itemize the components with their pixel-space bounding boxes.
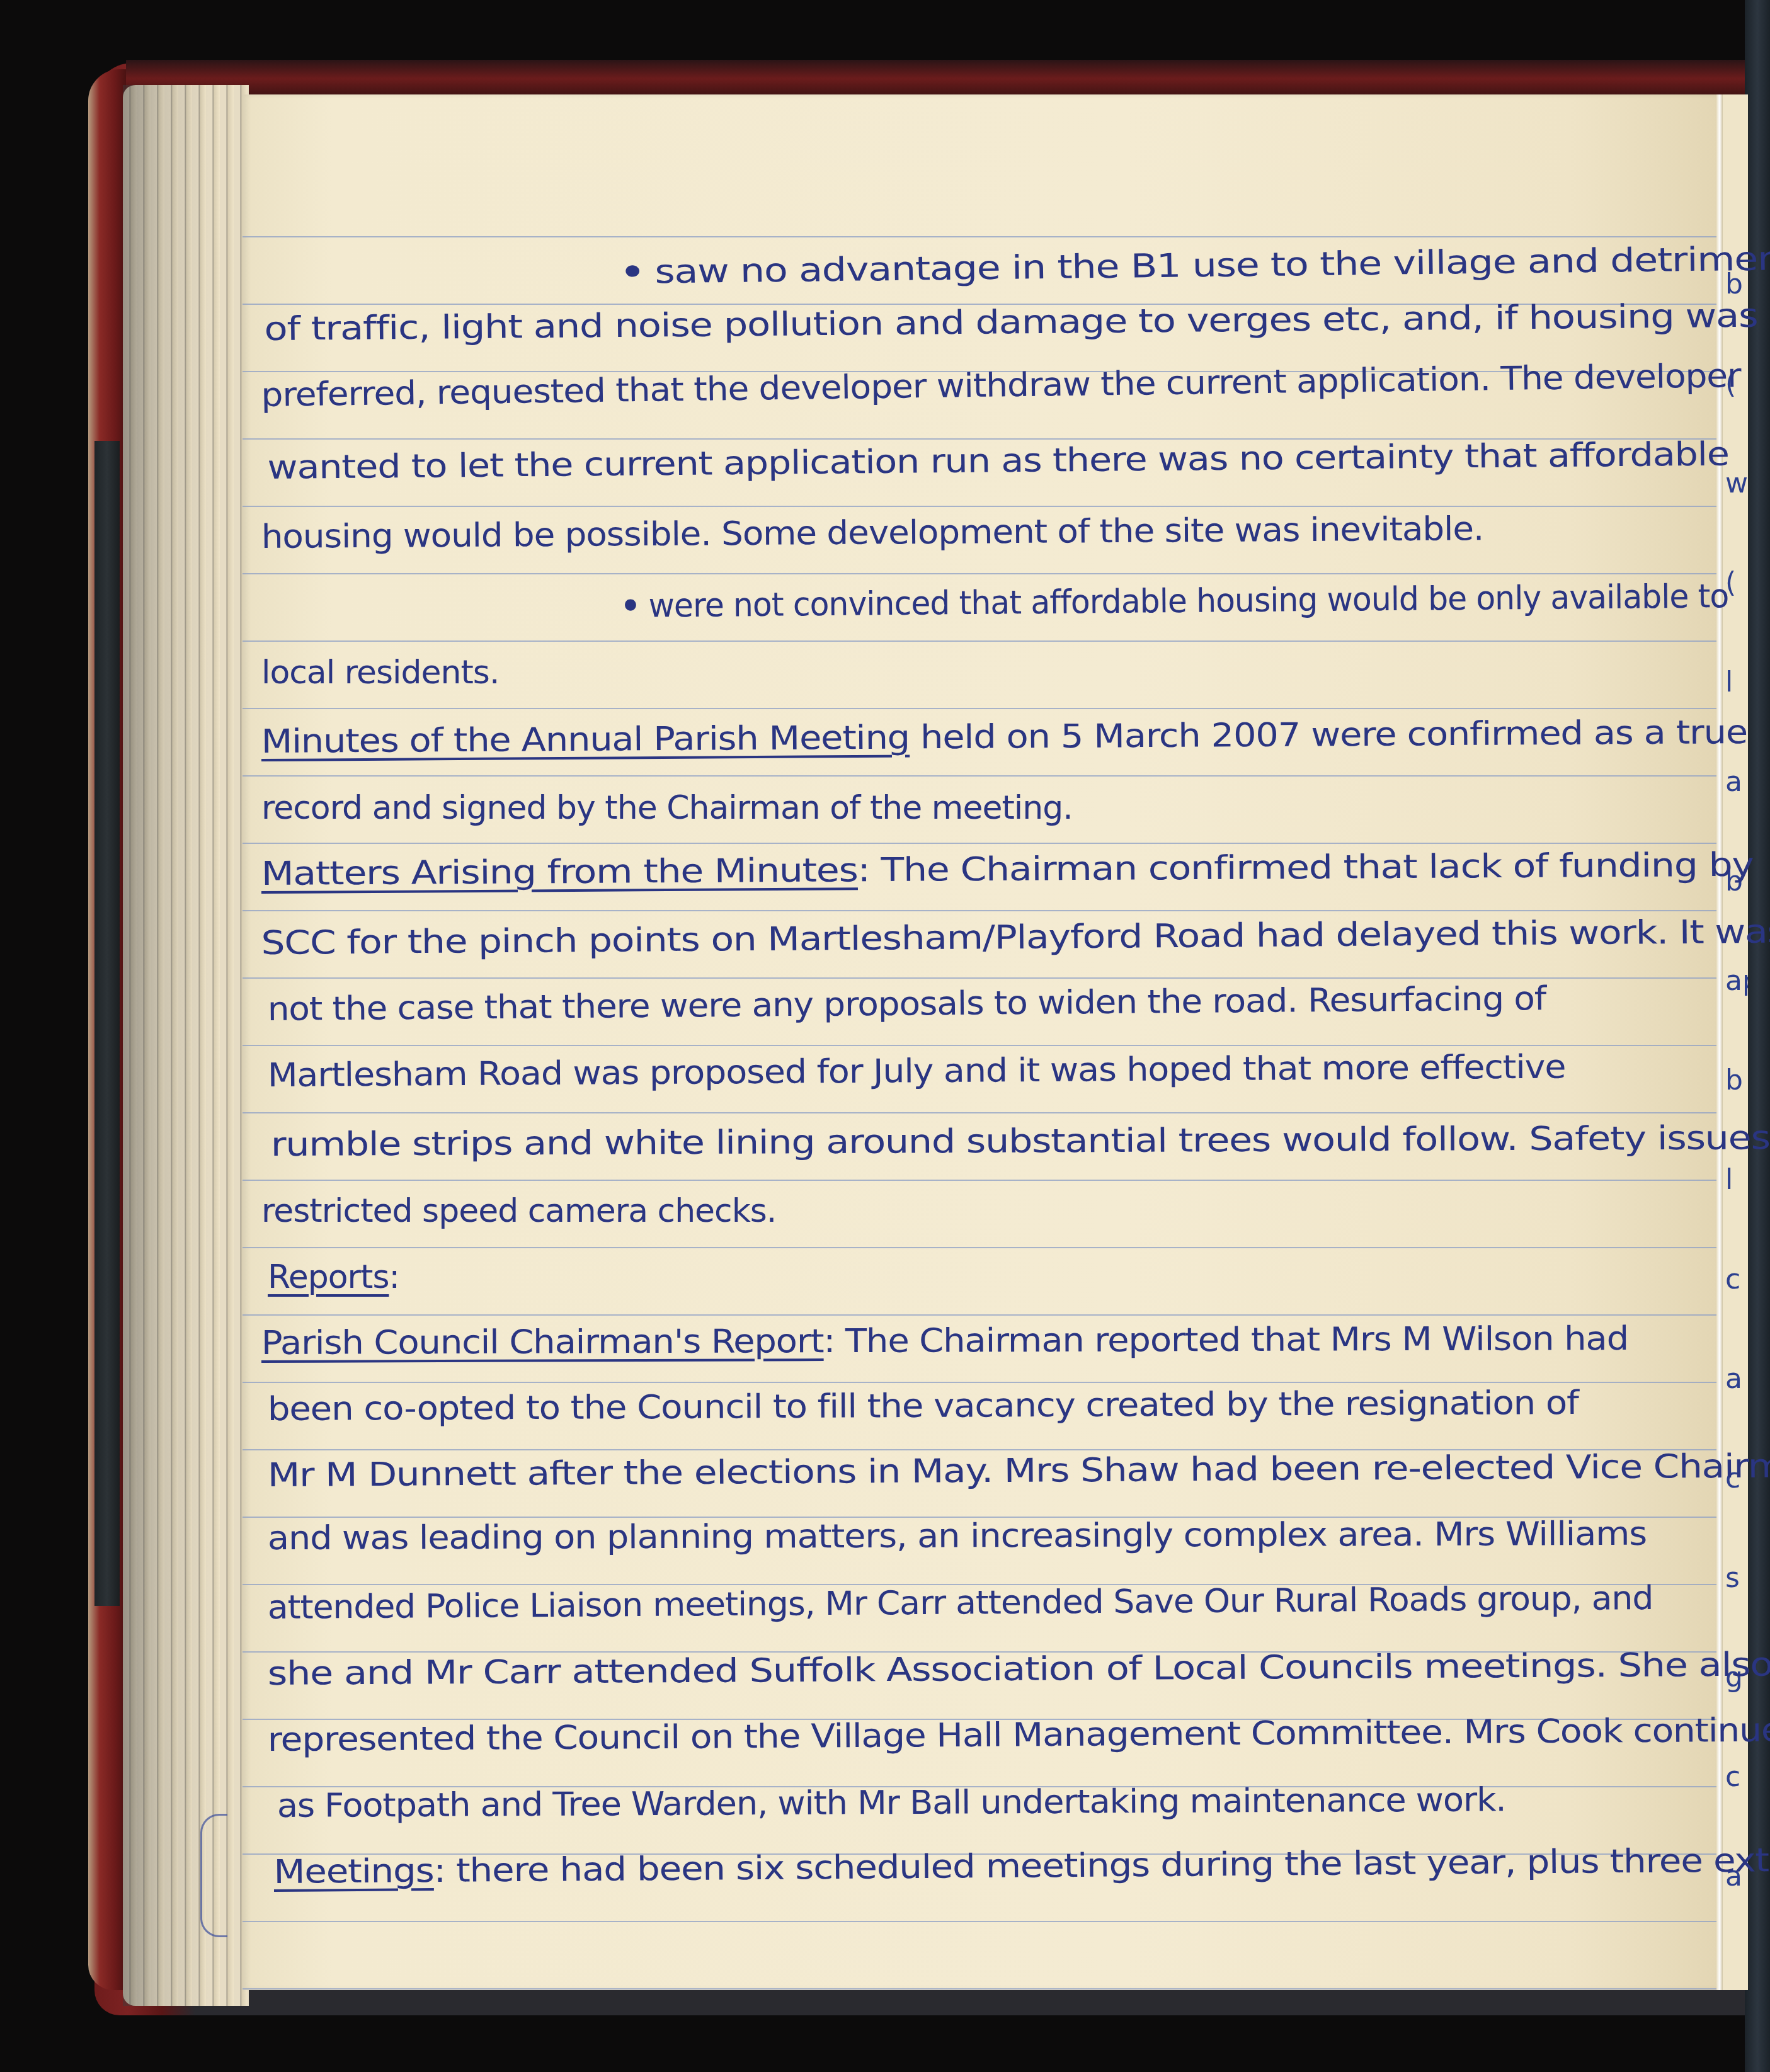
handwritten-line: local residents. xyxy=(261,654,499,692)
line-text: local residents. xyxy=(261,654,499,692)
facing-page-fragment: a xyxy=(1725,1365,1742,1393)
handwritten-line: rumble strips and white lining around su… xyxy=(271,1119,1770,1164)
ruled-line xyxy=(243,1180,1716,1181)
facing-page-fragment: ap xyxy=(1725,967,1748,995)
handwritten-line: housing would be possible. Some developm… xyxy=(261,510,1484,556)
underlined-heading: Minutes of the Annual Parish Meeting xyxy=(261,719,910,761)
facing-page-fragment: l xyxy=(1725,1166,1733,1194)
book-cover-top-edge xyxy=(126,60,1770,98)
handwritten-line: record and signed by the Chairman of the… xyxy=(261,789,1073,827)
facing-page-fragment: c xyxy=(1725,1763,1740,1791)
ruled-line xyxy=(243,1382,1716,1383)
ruled-line xyxy=(243,573,1716,574)
handwritten-line: been co-opted to the Council to fill the… xyxy=(268,1384,1579,1428)
underlined-heading: Meetings xyxy=(273,1852,433,1891)
underlined-heading: Parish Council Chairman's Report xyxy=(261,1323,824,1362)
page-stack-edges xyxy=(123,85,249,2006)
bullet-point: • xyxy=(620,588,640,625)
facing-page-fragment: b xyxy=(1725,1067,1743,1095)
line-text: : xyxy=(389,1258,399,1296)
ruled-line xyxy=(243,506,1716,507)
ruled-line xyxy=(243,910,1716,911)
line-text: and was leading on planning matters, an … xyxy=(268,1515,1647,1557)
line-text: record and signed by the Chairman of the… xyxy=(261,789,1073,827)
facing-page-fragment: l xyxy=(1725,669,1733,697)
underlined-heading: Matters Arising from the Minutes xyxy=(261,851,858,893)
ruled-line xyxy=(243,640,1716,642)
ruled-line xyxy=(243,1921,1716,1922)
line-text: held on 5 March 2007 were confirmed as a… xyxy=(910,714,1747,756)
line-text: : The Chairman confirmed that lack of fu… xyxy=(857,846,1753,890)
handwritten-line: Parish Council Chairman's Report: The Ch… xyxy=(261,1320,1628,1362)
line-text: been co-opted to the Council to fill the… xyxy=(268,1384,1579,1428)
ruled-line xyxy=(243,1314,1716,1316)
line-text: as Footpath and Tree Warden, with Mr Bal… xyxy=(277,1781,1506,1825)
ruled-line xyxy=(243,977,1716,979)
line-text: housing would be possible. Some developm… xyxy=(261,510,1484,556)
ruled-line xyxy=(243,1045,1716,1046)
handwritten-line: as Footpath and Tree Warden, with Mr Bal… xyxy=(277,1781,1506,1825)
margin-bracket-mark xyxy=(200,1814,227,1937)
facing-page-fragment: s xyxy=(1725,1564,1740,1592)
ruled-line xyxy=(243,1247,1716,1248)
ruled-line xyxy=(243,775,1716,777)
ruled-line xyxy=(243,708,1716,709)
handwritten-line: Reports: xyxy=(268,1258,399,1296)
handwritten-line: and was leading on planning matters, an … xyxy=(268,1515,1647,1557)
line-text: rumble strips and white lining around su… xyxy=(271,1119,1770,1164)
bullet-point: • xyxy=(620,254,644,292)
ruled-line xyxy=(243,843,1716,844)
line-text: : The Chairman reported that Mrs M Wilso… xyxy=(823,1320,1628,1360)
ruled-line xyxy=(243,1112,1716,1113)
handwritten-line: restricted speed camera checks. xyxy=(261,1192,776,1230)
facing-page-fragment: a xyxy=(1725,768,1742,796)
book-cover-cloth-band xyxy=(94,441,120,1606)
underlined-heading: Reports xyxy=(268,1258,389,1296)
ruled-line xyxy=(243,236,1716,237)
facing-page-fragment: c xyxy=(1725,1266,1740,1294)
facing-page-fragment: w xyxy=(1725,470,1748,498)
ruled-line xyxy=(243,1988,1716,1989)
line-text: restricted speed camera checks. xyxy=(261,1192,776,1230)
